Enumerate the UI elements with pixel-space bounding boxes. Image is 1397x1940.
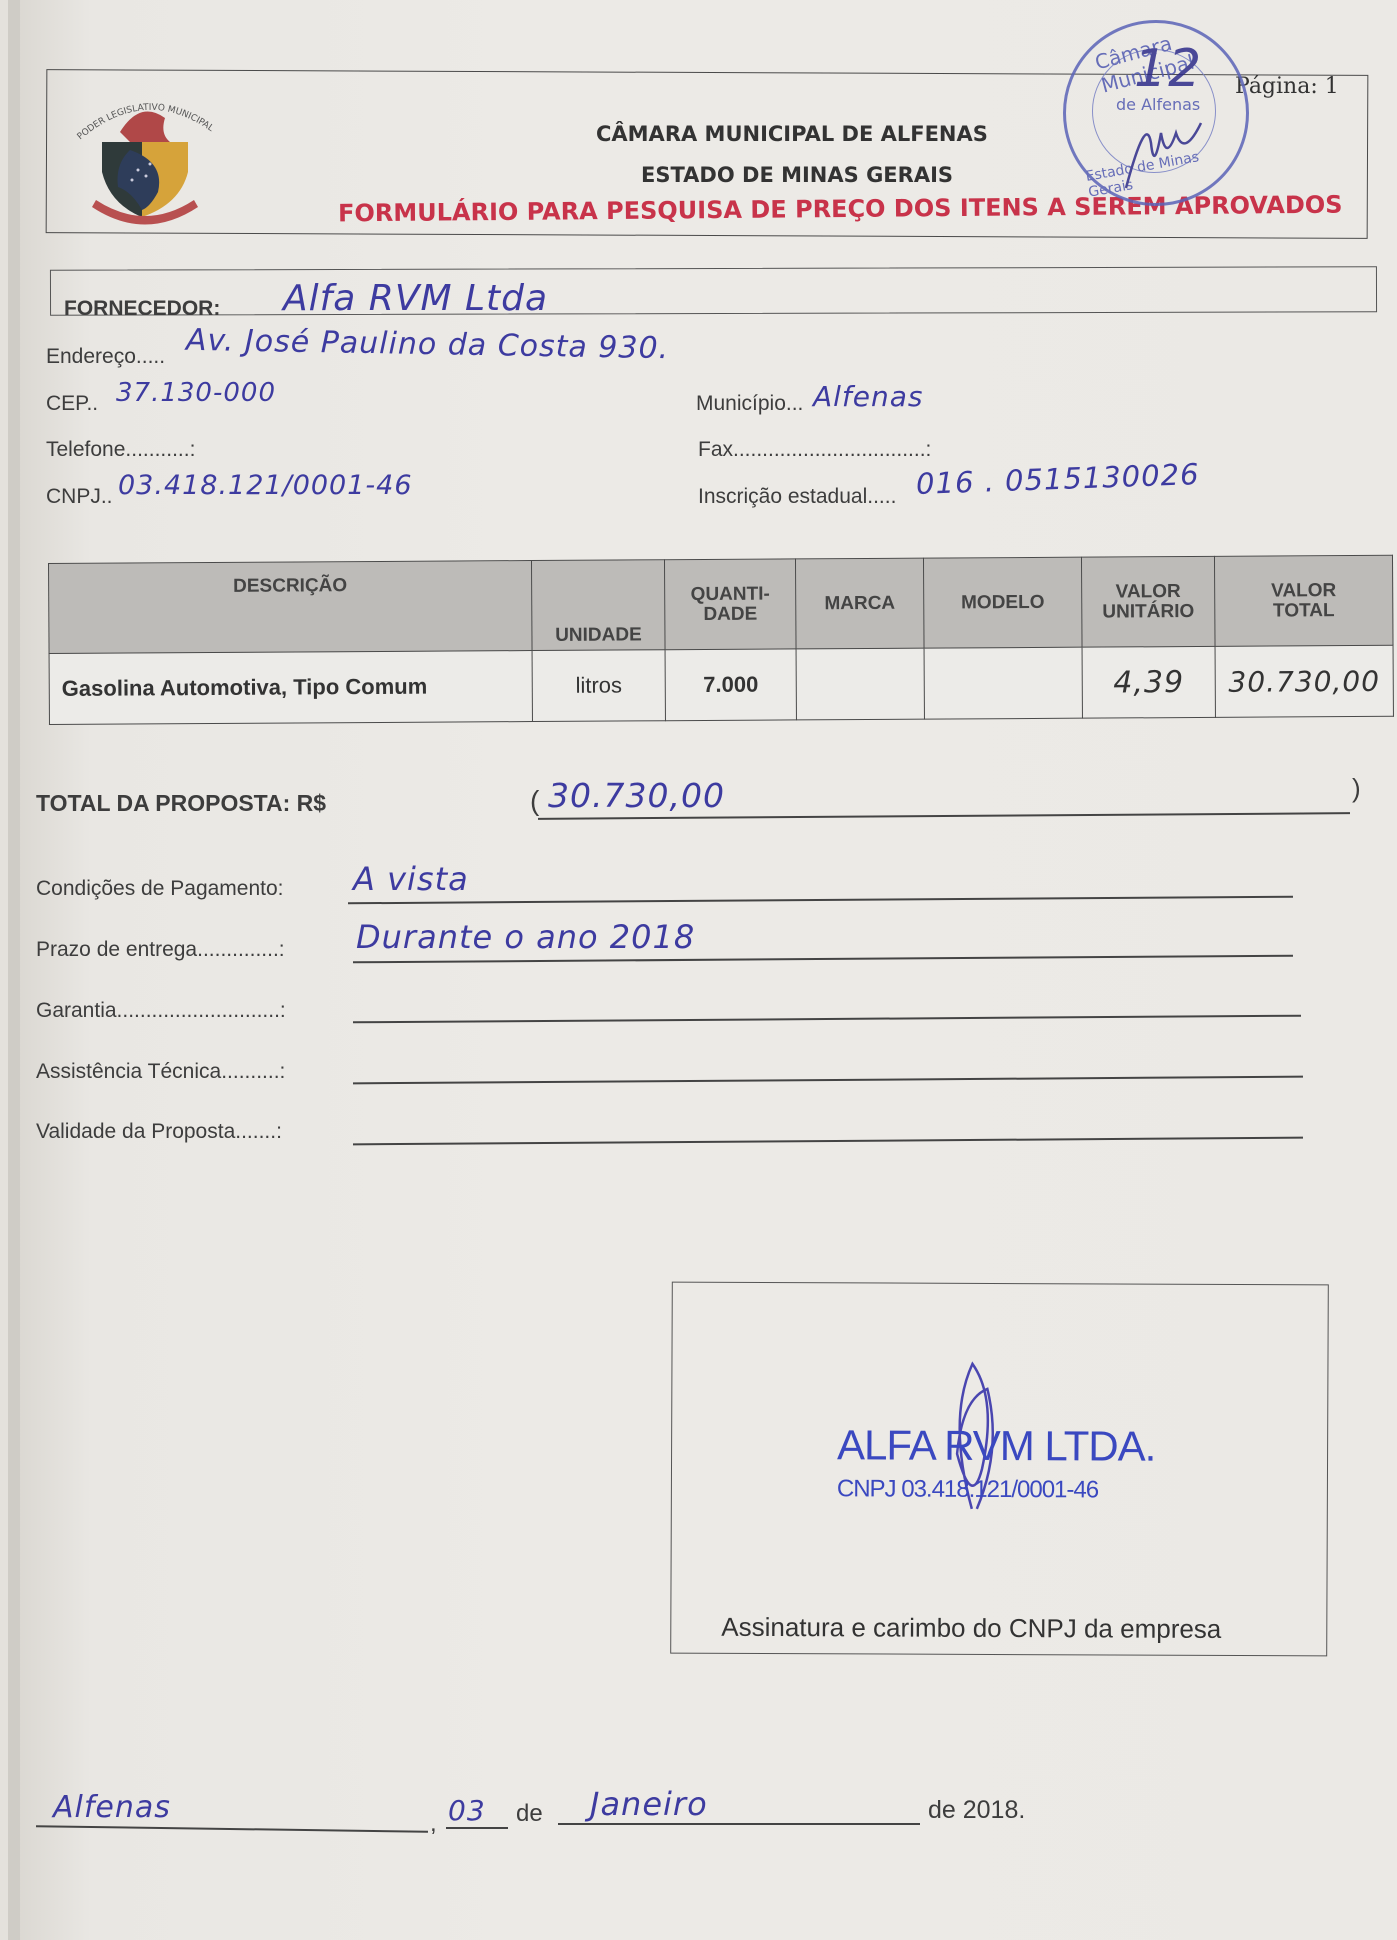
cell-unidade: litros xyxy=(532,650,665,722)
total-open-paren: ( xyxy=(530,785,539,817)
telefone-label: Telefone...........: xyxy=(46,438,195,462)
cell-valor-total[interactable]: 30.730,00 xyxy=(1215,645,1393,717)
cell-quantidade: 7.000 xyxy=(665,649,796,721)
cell-marca[interactable] xyxy=(796,648,924,720)
municipio-label: Município... xyxy=(696,392,803,416)
seal-handwritten-number: 12 xyxy=(1134,39,1202,99)
cell-valor-unitario[interactable]: 4,39 xyxy=(1082,646,1215,718)
payment-label: Condições de Pagamento: xyxy=(36,877,284,901)
delivery-underline xyxy=(353,955,1293,964)
company-stamp-cnpj: CNPJ 03.418.121/0001-46 xyxy=(837,1475,1098,1504)
page-edge xyxy=(8,0,20,1940)
delivery-label: Prazo de entrega..............: xyxy=(36,938,285,962)
date-day-value[interactable]: 03 xyxy=(448,1794,486,1827)
fax-label: Fax.................................: xyxy=(698,438,931,462)
col-unidade: UNIDADE xyxy=(531,560,665,651)
company-stamp-name: ALFA RVM LTDA. xyxy=(837,1421,1155,1470)
signature-box[interactable]: ALFA RVM LTDA. CNPJ 03.418.121/0001-46 A… xyxy=(670,1282,1329,1657)
warranty-underline[interactable] xyxy=(353,1015,1301,1024)
col-valor-total: VALOR TOTAL xyxy=(1214,555,1393,646)
address-label: Endereço..... xyxy=(46,345,165,369)
signature-caption: Assinatura e carimbo do CNPJ da empresa xyxy=(721,1612,1221,1645)
coat-of-arms-icon: PODER LEGISLATIVO MUNICIPAL xyxy=(70,92,220,232)
total-value[interactable]: 30.730,00 xyxy=(548,776,725,815)
items-table: DESCRIÇÃO UNIDADE QUANTI- DADE MARCA MOD… xyxy=(48,555,1394,725)
col-valor-unitario: VALOR UNITÁRIO xyxy=(1081,556,1215,647)
cep-value[interactable]: 37.130-000 xyxy=(116,378,276,408)
cell-modelo[interactable] xyxy=(924,647,1082,719)
address-value[interactable]: Av. José Paulino da Costa 930. xyxy=(186,323,670,366)
table-row: Gasolina Automotiva, Tipo Comum litros 7… xyxy=(49,645,1393,724)
col-quantidade: QUANTI- DADE xyxy=(664,559,796,650)
supplier-box xyxy=(50,266,1377,315)
supplier-label: FORNECEDOR: xyxy=(64,297,220,321)
technical-assistance-underline[interactable] xyxy=(353,1076,1303,1085)
payment-underline xyxy=(348,896,1293,905)
total-close-paren: ) xyxy=(1352,773,1361,804)
table-header-row: DESCRIÇÃO UNIDADE QUANTI- DADE MARCA MOD… xyxy=(49,555,1394,653)
date-year-label: de 2018. xyxy=(928,1796,1025,1825)
payment-value[interactable]: A vista xyxy=(353,860,469,898)
cnpj-label: CNPJ.. xyxy=(46,485,113,509)
municipio-value[interactable]: Alfenas xyxy=(813,380,924,413)
supplier-name-value[interactable]: Alfa RVM Ltda xyxy=(283,278,548,319)
ie-label: Inscrição estadual..... xyxy=(698,485,896,509)
ie-value[interactable]: 016 . 0515130026 xyxy=(915,457,1200,501)
warranty-label: Garantia............................: xyxy=(36,999,286,1023)
page-number: Página: 1 xyxy=(1235,74,1339,99)
date-month-underline xyxy=(558,1823,920,1825)
col-modelo: MODELO xyxy=(923,557,1082,648)
technical-assistance-label: Assistência Técnica..........: xyxy=(36,1060,285,1084)
delivery-value[interactable]: Durante o ano 2018 xyxy=(356,918,695,956)
date-city-underline xyxy=(36,1825,428,1832)
col-descricao: DESCRIÇÃO xyxy=(49,561,533,654)
validity-label: Validade da Proposta.......: xyxy=(36,1120,282,1144)
date-comma: , xyxy=(430,1810,437,1838)
cep-label: CEP.. xyxy=(46,392,98,416)
validity-underline[interactable] xyxy=(353,1137,1303,1146)
date-month-value[interactable]: Janeiro xyxy=(590,1785,708,1823)
total-label: TOTAL DA PROPOSTA: R$ xyxy=(36,790,326,817)
municipal-seal-stamp: Câmara Municipal de Alfenas Estado de Mi… xyxy=(1063,20,1249,206)
header-title: CÂMARA MUNICIPAL DE ALFENAS xyxy=(596,122,988,146)
seal-signature-icon xyxy=(1106,103,1216,193)
cnpj-value[interactable]: 03.418.121/0001-46 xyxy=(118,470,413,501)
date-day-underline xyxy=(446,1827,508,1829)
date-de-label: de xyxy=(516,1800,543,1828)
header-state: ESTADO DE MINAS GERAIS xyxy=(641,163,953,187)
col-marca: MARCA xyxy=(795,558,924,649)
date-city-value[interactable]: Alfenas xyxy=(53,1790,171,1825)
cell-descricao: Gasolina Automotiva, Tipo Comum xyxy=(49,651,532,725)
document-page: PODER LEGISLATIVO MUNICIPAL CÂMARA MUNIC… xyxy=(8,0,1397,1940)
